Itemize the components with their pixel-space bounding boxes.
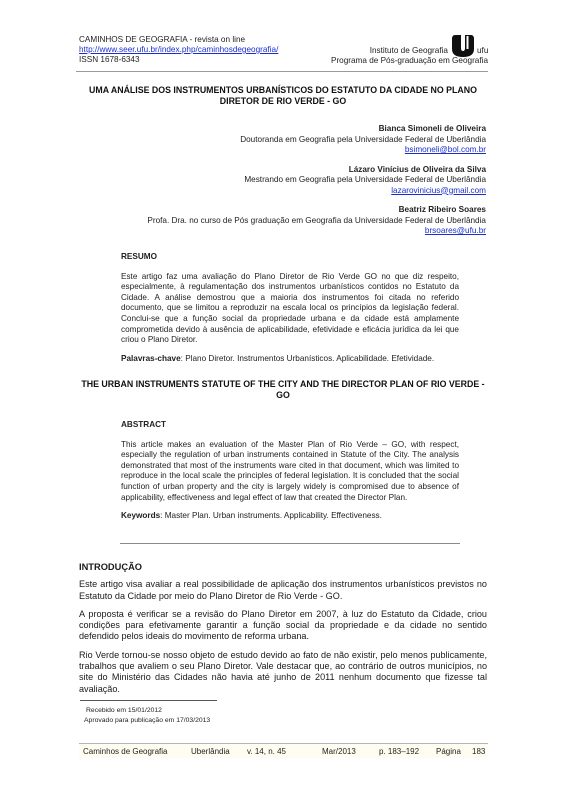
journal-name: CAMINHOS DE GEOGRAFIA - revista on line <box>79 35 278 45</box>
footer-page-number: 183 <box>472 747 485 756</box>
author: Lázaro Vinícius de Oliveira da Silva Mes… <box>147 165 486 197</box>
abstract-divider <box>120 543 460 544</box>
author-name: Lázaro Vinícius de Oliveira da Silva <box>147 165 486 176</box>
keywords-label: Keywords <box>121 511 160 520</box>
page-footer: Caminhos de Geografia Uberlândia v. 14, … <box>79 743 488 758</box>
ufu-logo-icon <box>451 34 475 58</box>
author-affiliation: Doutoranda em Geografia pela Universidad… <box>147 135 486 146</box>
footer-pages: p. 183–192 <box>379 747 419 756</box>
received-date: Recebido em 15/01/2012 <box>86 706 210 716</box>
issn: ISSN 1678-6343 <box>79 55 278 65</box>
abstract-section: ABSTRACT This article makes an evaluatio… <box>121 420 459 522</box>
paragraph: Rio Verde tornou-se nosso objeto de estu… <box>79 650 487 695</box>
footer-date: Mar/2013 <box>322 747 356 756</box>
header-divider <box>76 71 488 72</box>
footnote-divider <box>80 700 217 701</box>
footer-city: Uberlândia <box>191 747 230 756</box>
introduction-heading: INTRODUÇÃO <box>79 562 487 573</box>
author-email-link[interactable]: lazarovinicius@gmail.com <box>391 186 486 195</box>
introduction-section: INTRODUÇÃO Este artigo visa avaliar a re… <box>79 562 487 702</box>
article-title-pt: UMA ANÁLISE DOS INSTRUMENTOS URBANÍSTICO… <box>76 85 490 107</box>
author: Beatriz Ribeiro Soares Profa. Dra. no cu… <box>147 205 486 237</box>
resumo-section: RESUMO Este artigo faz uma avaliação do … <box>121 252 459 364</box>
author-name: Bianca Simoneli de Oliveira <box>147 124 486 135</box>
author-affiliation: Profa. Dra. no curso de Pós graduação em… <box>147 216 486 227</box>
footer-journal: Caminhos de Geografia <box>83 747 168 756</box>
footnotes: Recebido em 15/01/2012 Aprovado para pub… <box>86 706 210 725</box>
abstract-body: This article makes an evaluation of the … <box>121 440 459 504</box>
resumo-keywords: Palavras-chave: Plano Diretor. Instrumen… <box>121 354 459 365</box>
approved-date: Aprovado para publicação em 17/03/2013 <box>84 716 210 726</box>
abstract-keywords: Keywords: Master Plan. Urban instruments… <box>121 511 459 522</box>
keywords-text: : Master Plan. Urban instruments. Applic… <box>160 511 382 520</box>
author-name: Beatriz Ribeiro Soares <box>147 205 486 216</box>
resumo-heading: RESUMO <box>121 252 459 263</box>
keywords-label: Palavras-chave <box>121 354 181 363</box>
logo-text: ufu <box>477 46 488 55</box>
keywords-text: : Plano Diretor. Instrumentos Urbanístic… <box>181 354 435 363</box>
author-affiliation: Mestrando em Geografia pela Universidade… <box>147 175 486 186</box>
abstract-heading: ABSTRACT <box>121 420 459 431</box>
footer-volume: v. 14, n. 45 <box>247 747 286 756</box>
article-title-en: THE URBAN INSTRUMENTS STATUTE OF THE CIT… <box>76 379 490 401</box>
paragraph: Este artigo visa avaliar a real possibil… <box>79 579 487 602</box>
authors-block: Bianca Simoneli de Oliveira Doutoranda e… <box>147 124 486 246</box>
resumo-body: Este artigo faz uma avaliação do Plano D… <box>121 272 459 346</box>
paragraph: A proposta é verificar se a revisão do P… <box>79 609 487 643</box>
author-email-link[interactable]: brsoares@ufu.br <box>425 226 486 235</box>
journal-header: CAMINHOS DE GEOGRAFIA - revista on line … <box>79 35 278 65</box>
author-email-link[interactable]: bsimoneli@bol.com.br <box>405 145 486 154</box>
footer-page-label: Página <box>436 747 461 756</box>
journal-url-link[interactable]: http://www.seer.ufu.br/index.php/caminho… <box>79 45 278 55</box>
author: Bianca Simoneli de Oliveira Doutoranda e… <box>147 124 486 156</box>
